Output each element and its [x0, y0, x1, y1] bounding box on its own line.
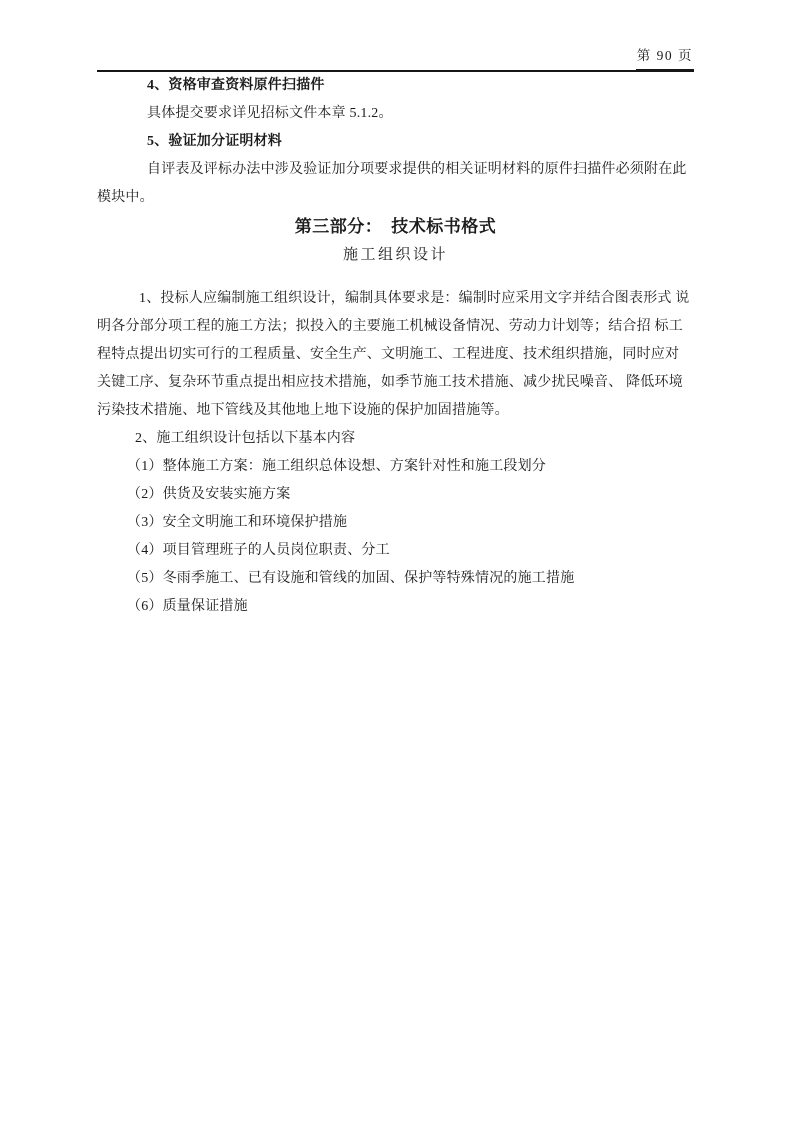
list-item-2: （2）供货及安装实施方案 [97, 481, 694, 509]
part-three-title: 第三部分： 技术标书格式 [97, 212, 694, 241]
page-number: 第 90 页 [636, 44, 694, 70]
paragraph-1-line: 关键工序、复杂环节重点提出相应技术措施，如季节施工技术措施、减少扰民噪音、 降低… [97, 369, 694, 397]
list-item-4: （4）项目管理班子的人员岗位职责、分工 [97, 537, 694, 565]
section-5-heading: 5、验证加分证明材料 [97, 128, 694, 156]
paragraph-1-line: 1、投标人应编制施工组织设计，编制具体要求是：编制时应采用文字并结合图表形式 说 [97, 285, 694, 313]
list-item-3: （3）安全文明施工和环境保护措施 [97, 509, 694, 537]
list-item-5: （5）冬雨季施工、已有设施和管线的加固、保护等特殊情况的施工措施 [97, 565, 694, 593]
paragraph-1-line: 污染技术措施、地下管线及其他地上地下设施的保护加固措施等。 [97, 397, 694, 425]
paragraph-1-line: 明各分部分项工程的施工方法；拟投入的主要施工机械设备情况、劳动力计划等；结合招 … [97, 313, 694, 341]
page-header: 第 90 页 [97, 0, 694, 72]
section-4-body: 具体提交要求详见招标文件本章 5.1.2。 [97, 100, 694, 128]
list-item-6: （6）质量保证措施 [97, 593, 694, 621]
paragraph-1-line: 程特点提出切实可行的工程质量、安全生产、文明施工、工程进度、技术组织措施，同时应… [97, 341, 694, 369]
paragraph-1: 1、投标人应编制施工组织设计，编制具体要求是：编制时应采用文字并结合图表形式 说… [97, 285, 694, 425]
document-subtitle: 施工组织设计 [97, 241, 694, 269]
document-content: 4、资格审查资料原件扫描件 具体提交要求详见招标文件本章 5.1.2。 5、验证… [97, 72, 694, 621]
section-4-heading: 4、资格审查资料原件扫描件 [97, 72, 694, 100]
list-item-1: （1）整体施工方案：施工组织总体设想、方案针对性和施工段划分 [97, 453, 694, 481]
document-page: 第 90 页 4、资格审查资料原件扫描件 具体提交要求详见招标文件本章 5.1.… [0, 0, 793, 1122]
section-5-body-line-1: 自评表及评标办法中涉及验证加分项要求提供的相关证明材料的原件扫描件必须附在此 [97, 156, 694, 184]
section-5-body-line-2: 模块中。 [97, 184, 694, 212]
section-2-heading: 2、施工组织设计包括以下基本内容 [97, 425, 694, 453]
content-list: （1）整体施工方案：施工组织总体设想、方案针对性和施工段划分 （2）供货及安装实… [97, 453, 694, 621]
